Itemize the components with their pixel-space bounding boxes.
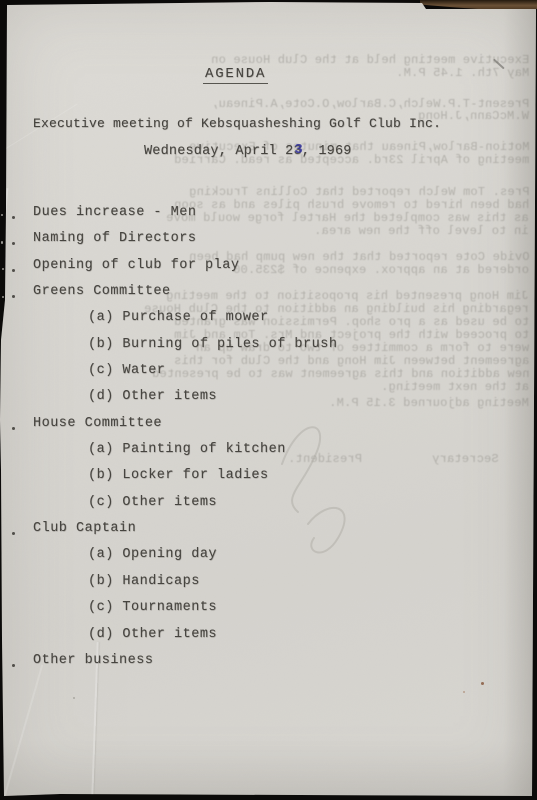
agenda-subitem: (d) Other items xyxy=(33,627,337,653)
border-dust-speck xyxy=(1,214,3,216)
agenda-item: Dues increase - Men xyxy=(33,205,337,231)
agenda-subitem: (b) Handicaps xyxy=(33,574,337,600)
agenda-subitem: (d) Other items xyxy=(33,389,337,415)
agenda-list: Dues increase - Men Naming of Directors … xyxy=(33,205,337,679)
agenda-item: Naming of Directors xyxy=(33,231,337,257)
scan-shading-bottom xyxy=(0,740,537,800)
agenda-title: AGENDA xyxy=(203,66,268,84)
margin-dot xyxy=(12,269,15,272)
scan-shading-right xyxy=(503,0,537,800)
border-dust-speck xyxy=(1,241,3,244)
agenda-subitem: (c) Water xyxy=(33,363,337,389)
paper-sheet: Executive meeting held at the Club House… xyxy=(0,0,537,800)
agenda-subitem: (a) Opening day xyxy=(33,547,337,573)
bleedthrough-line: in to level off the new area. xyxy=(314,224,529,238)
bleedthrough-line: Secretary xyxy=(432,452,499,466)
agenda-item: House Committee xyxy=(33,416,337,442)
meeting-date: Wednesday, April 233, 1969 xyxy=(144,144,352,159)
margin-dot xyxy=(12,216,15,219)
agenda-item: Club Captain xyxy=(33,521,337,547)
margin-dot xyxy=(12,427,15,430)
paper-speck xyxy=(73,697,75,699)
blue-pen-digit: 3 xyxy=(294,143,302,158)
date-suffix: , 1969 xyxy=(302,144,352,159)
margin-dot xyxy=(12,664,15,667)
agenda-subitem: (a) Purchase of mower xyxy=(33,310,337,336)
tape-edge-mark xyxy=(420,0,537,10)
date-prefix: Wednesday, April 2 xyxy=(144,144,293,159)
agenda-subitem: (c) Other items xyxy=(33,495,337,521)
agenda-item: Other business xyxy=(33,653,337,679)
meeting-heading: Executive meeting of Kebsquasheshing Gol… xyxy=(33,116,441,131)
agenda-subitem: (b) Burning of piles of brush xyxy=(33,337,337,363)
agenda-item: Opening of club for play xyxy=(33,258,337,284)
overstruck-digit: 33 xyxy=(293,144,301,159)
bleedthrough-line: Executive meeting held at the Club House… xyxy=(211,53,529,67)
border-dust-speck xyxy=(2,296,4,298)
border-dust-speck xyxy=(2,268,4,270)
agenda-item: Greens Committee xyxy=(33,284,337,310)
agenda-subitem: (c) Tournaments xyxy=(33,600,337,626)
paper-speck xyxy=(463,691,465,693)
bleedthrough-line: Pres. Tom Welch reported that Collins Tr… xyxy=(189,185,529,199)
paper-speck xyxy=(481,682,484,685)
agenda-subitem: (a) Painting of kitchen xyxy=(33,442,337,468)
agenda-subitem: (b) Locker for ladies xyxy=(33,468,337,494)
scanned-page-background: { "document": { "title": "AGENDA", "head… xyxy=(0,0,537,800)
